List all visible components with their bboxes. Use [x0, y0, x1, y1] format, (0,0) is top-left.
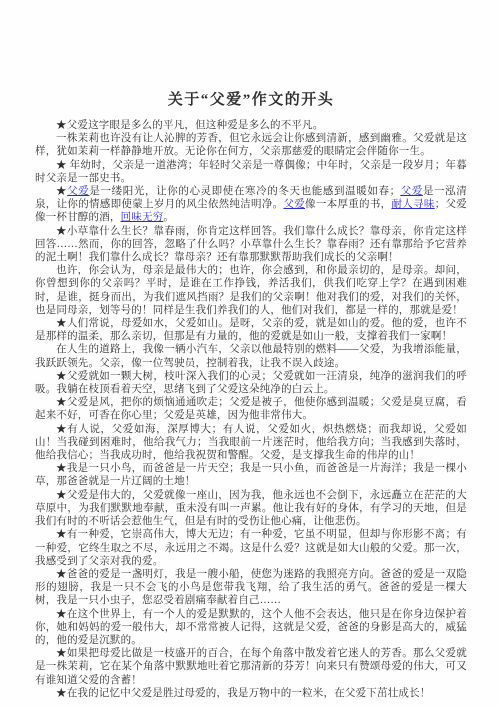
inline-link[interactable]: 父爱: [283, 199, 305, 210]
paragraph: ★人们常说，母爱如水，父爱如山。是呀，父亲的爱，就是如山的爱。他的爱，也许不是那…: [35, 317, 467, 343]
text-run: ★小草靠什么生长？靠春雨，你肯定这样回答。我们靠什么成长？靠母亲，你肯定这样回答…: [35, 226, 467, 263]
document-page: 关于“父爱”作文的开头 ★父爱这字眼是多么的平凡，但这种爱是多么的不平凡。一株茉…: [0, 0, 500, 707]
paragraph: 一株茉莉也许没有让人沁脾的芳香，但它永远会让你感到清新，感到幽雅。父爱就是这样，…: [35, 132, 467, 158]
paragraph: ★父爱是伟大的，父爱就像一座山，因为我，他永远也不会倒下，永远矗立在茫茫的大草原…: [35, 489, 467, 529]
paragraph: ★我是一只小鸟，而爸爸是一片天空；我是一只小鱼，而爸爸是一片海洋；我是一棵小草，…: [35, 462, 467, 488]
text-run: ★在我的记忆中父爱是胜过母爱的，我是万物中的一粒米，在父爱下茁壮成长！: [56, 688, 431, 699]
text-run: ★有人说，父爱如海，深厚博大；有人说，父爱如火，炽热燃烧；而我却说，父爱如山！当…: [35, 424, 467, 461]
text-run: ★父爱就如一颗大树，枝叶深入我们的心灵；父爱就如一汪清泉，纯净的滋润我们的呼吸。…: [35, 371, 467, 395]
inline-link[interactable]: 父爱: [67, 186, 89, 197]
inline-link[interactable]: 回味无穷: [121, 212, 164, 223]
paragraph: 也许，你会认为，母亲是最伟大的；也许，你会感到，和你最亲切的，是母亲。却问，你曾…: [35, 264, 467, 317]
document-title: 关于“父爱”作文的开头: [35, 88, 467, 109]
document-content: 关于“父爱”作文的开头 ★父爱这字眼是多么的平凡，但这种爱是多么的不平凡。一株茉…: [35, 88, 467, 700]
text-run: 一株茉莉也许没有让人沁脾的芳香，但它永远会让你感到清新，感到幽雅。父爱就是这样，…: [35, 133, 467, 157]
text-run: ★在这个世界上，有一个人的爱是默默的，这个人他不会表达，他只是在你身边保护着你，…: [35, 609, 467, 646]
text-run: ★父爱这字眼是多么的平凡，但这种爱是多么的不平凡。: [56, 120, 324, 131]
text-run: 也许，你会认为，母亲是最伟大的；也许，你会感到，和你最亲切的，是母亲。却问，你曾…: [35, 265, 467, 316]
paragraph: ★父爱是一缕阳光，让你的心灵即使在寒冷的冬天也能感到温暖如春；父爱是一泓清泉，让…: [35, 185, 467, 225]
text-run: ★我是一只小鸟，而爸爸是一片天空；我是一只小鱼，而爸爸是一片海洋；我是一棵小草，…: [35, 463, 467, 487]
text-run: 像一本厚重的书，: [305, 199, 391, 210]
paragraph: ★有人说，父爱如海，深厚博大；有人说，父爱如火，炽热燃烧；而我却说，父爱如山！当…: [35, 423, 467, 463]
text-run: 是一缕阳光，让你的心灵即使在寒冷的冬天也能感到温暖如春；: [89, 186, 400, 197]
text-run: ★ 年幼时，父亲是一道港湾；年轻时父亲是一尊偶像；中年时，父亲是一段岁月；年暮时…: [35, 160, 467, 184]
paragraph: ★父爱就如一颗大树，枝叶深入我们的心灵；父爱就如一汪清泉，纯净的滋润我们的呼吸。…: [35, 370, 467, 396]
text-run: ★: [56, 186, 67, 197]
paragraph: ★ 年幼时，父亲是一道港湾；年轻时父亲是一尊偶像；中年时，父亲是一段岁月；年暮时…: [35, 159, 467, 185]
text-run: 。: [163, 212, 174, 223]
paragraph: ★小草靠什么生长？靠春雨，你肯定这样回答。我们靠什么成长？靠母亲，你肯定这样回答…: [35, 225, 467, 265]
inline-link[interactable]: 父爱: [400, 186, 423, 197]
paragraph: ★如果把母爱比做是一枝盛开的百合，在每个角落中散发着它迷人的芳香。那么父爱就是一…: [35, 647, 467, 687]
document-body: ★父爱这字眼是多么的平凡，但这种爱是多么的不平凡。一株茉莉也许没有让人沁脾的芳香…: [35, 119, 467, 700]
text-run: ★人们常说，母爱如水，父爱如山。是呀，父亲的爱，就是如山的爱。他的爱，也许不是那…: [35, 318, 467, 342]
paragraph: ★在这个世界上，有一个人的爱是默默的，这个人他不会表达，他只是在你身边保护着你，…: [35, 608, 467, 648]
text-run: ★父爱是伟大的，父爱就像一座山，因为我，他永远也不会倒下，永远矗立在茫茫的大草原…: [35, 490, 467, 527]
paragraph: ★父爱是风，把你的烦恼通通吹走；父爱是被子，他使你感到温暖；父爱是臭豆腐，看起来…: [35, 396, 467, 422]
text-run: ★爸爸的爱是一盏明灯，我是一艘小船，使您为迷路的我照亮方向。爸爸的爱是一双隐形的…: [35, 569, 467, 606]
text-run: 在人生的道路上，我像一辆小汽车，父亲以他最特别的燃料——父爱，为我增添能量，我跃…: [35, 344, 467, 368]
paragraph: ★父爱这字眼是多么的平凡，但这种爱是多么的不平凡。: [35, 119, 467, 132]
paragraph: ★有一种爱，它崇高伟大，博大无边；有一种爱，它虽不明显，但却与你形影不离；有一种…: [35, 528, 467, 568]
paragraph: ★爸爸的爱是一盏明灯，我是一艘小船，使您为迷路的我照亮方向。爸爸的爱是一双隐形的…: [35, 568, 467, 608]
text-run: ★有一种爱，它崇高伟大，博大无边；有一种爱，它虽不明显，但却与你形影不离；有一种…: [35, 529, 467, 566]
paragraph: 在人生的道路上，我像一辆小汽车，父亲以他最特别的燃料——父爱，为我增添能量，我跃…: [35, 343, 467, 369]
text-run: ★如果把母爱比做是一枝盛开的百合，在每个角落中散发着它迷人的芳香。那么父爱就是一…: [35, 648, 467, 685]
text-run: ★父爱是风，把你的烦恼通通吹走；父爱是被子，他使你感到温暖；父爱是臭豆腐，看起来…: [35, 397, 467, 421]
inline-link[interactable]: 耐人寻味: [391, 199, 434, 210]
paragraph: ★在我的记忆中父爱是胜过母爱的，我是万物中的一粒米，在父爱下茁壮成长！: [35, 687, 467, 700]
